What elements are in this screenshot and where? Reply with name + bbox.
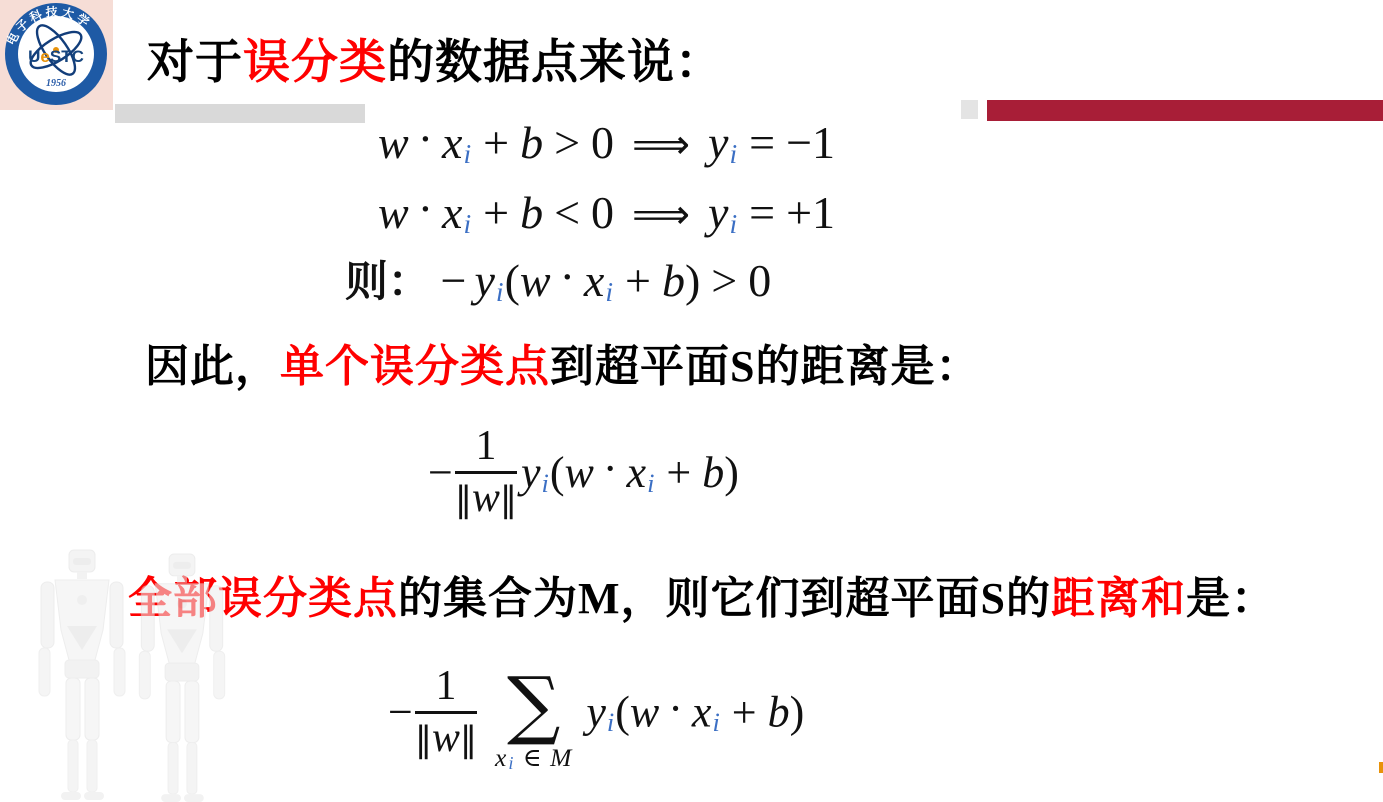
var-x: x [495,743,507,772]
right-paren: ) [685,255,700,306]
formula-then-product-positive: 则：−yi(w·xi+b)>0 [345,258,771,305]
subscript-i: i [463,138,471,169]
var-y: y [474,255,494,306]
norm-bar: ‖ [460,720,477,760]
statement-post: 到超平面S的距离是： [550,342,980,391]
var-x: x [627,448,647,497]
equals-sign: = [749,187,775,238]
var-y: y [708,187,728,238]
var-b: b [768,688,790,737]
left-paren: ( [615,688,630,737]
var-y: y [708,117,728,168]
plus-operator: + [732,688,757,737]
dot-operator: · [668,684,683,733]
greater-than: > [711,255,737,306]
plus-operator: + [666,448,691,497]
var-w: w [472,475,500,521]
statement-single-distance: 因此，单个误分类点到超平面S的距离是： [145,342,980,393]
set-M: M [550,743,572,772]
minus-sign: − [441,255,467,306]
plus-operator: + [483,117,509,168]
var-y: y [586,688,606,737]
element-of-symbol: ∈ [523,743,550,772]
norm-bar: ‖ [415,720,432,760]
equals-sign: = [749,117,775,168]
summation: ∑xi ∈ M [495,673,572,770]
dot-operator: · [560,251,575,302]
implies-arrow-icon: ⟹ [632,120,690,168]
statement-post: 是： [1186,574,1276,623]
robot-watermark-right [133,552,231,802]
fraction-one-over-norm-w: 1‖w‖ [415,666,477,760]
statement-highlight: 单个误分类点 [280,342,550,391]
gray-bar-fragment [961,100,978,119]
var-w: w [378,117,409,168]
norm-bar: ‖ [455,480,472,520]
title-post: 的数据点来说： [387,37,723,89]
plus-operator: + [483,187,509,238]
var-x: x [692,688,712,737]
subscript-i: i [496,276,504,307]
var-x: x [442,187,462,238]
logo-acronym-stc: STC [50,47,84,66]
num-zero: 0 [748,255,771,306]
var-w: w [378,187,409,238]
num-zero: 0 [591,187,614,238]
subscript-i: i [605,276,613,307]
dot-operator: · [418,183,433,234]
logo-acronym-e: e [40,47,49,66]
less-than: < [554,187,580,238]
num-plus-one: +1 [786,187,835,238]
sigma-icon: ∑ [507,673,560,737]
statement-mid: 的集合为M，则它们到超平面S的 [398,574,1051,623]
num-minus-one: −1 [786,117,835,168]
subscript-i: i [712,707,719,737]
title-pre: 对于 [147,37,243,89]
var-w: w [630,688,659,737]
uestc-logo: 电子科技大学 UeSTC 1956 [0,0,113,110]
fraction-numerator: 1 [435,666,456,711]
var-x: x [442,117,462,168]
left-paren: ( [505,255,520,306]
var-b: b [520,117,543,168]
summation-index: xi ∈ M [495,745,572,771]
minus-sign: − [428,448,453,497]
fraction-denominator: ‖w‖ [455,474,517,520]
right-paren: ) [724,448,739,497]
var-y: y [521,448,541,497]
formula-single-distance: −1‖w‖yi(w·xi+b) [428,430,739,524]
accent-red-bar [987,100,1383,121]
statement-pre: 因此， [145,342,280,391]
subscript-i: i [607,707,614,737]
var-x: x [584,255,604,306]
var-b: b [662,255,685,306]
dot-operator: · [603,444,618,493]
subscript-i: i [542,468,549,498]
fraction-denominator: ‖w‖ [415,714,477,760]
subscript-i: i [729,208,737,239]
statement-total-distance: 全部误分类点的集合为M，则它们到超平面S的距离和是： [128,574,1276,625]
title-underline-gray-bar [115,104,365,123]
minus-sign: − [388,688,413,737]
logo-acronym-u: U [28,47,40,66]
fraction-numerator: 1 [475,426,496,471]
logo-year: 1956 [46,78,66,89]
logo-acronym: UeSTC [28,47,84,66]
var-w: w [520,255,551,306]
right-paren: ) [790,688,805,737]
left-paren: ( [550,448,565,497]
var-w: w [565,448,594,497]
greater-than: > [554,117,580,168]
fraction-one-over-norm-w: 1‖w‖ [455,426,517,520]
num-zero: 0 [591,117,614,168]
subscript-i: i [729,138,737,169]
formula-total-distance: −1‖w‖∑xi ∈ Myi(w·xi+b) [388,668,804,765]
norm-bar: ‖ [500,480,517,520]
robot-watermark-left [33,548,131,800]
var-b: b [520,187,543,238]
edge-orange-tick [1379,762,1383,773]
subscript-i: i [647,468,654,498]
dot-operator: · [418,113,433,164]
implies-arrow-icon: ⟹ [632,190,690,238]
plus-operator: + [625,255,651,306]
subscript-i: i [463,208,471,239]
then-label: 则： [345,259,431,306]
formula-case-negative: w·xi+b>0⟹yi=−1 [378,120,835,166]
var-b: b [702,448,724,497]
slide-canvas: 电子科技大学 UeSTC 1956 对于误分类的数据点来说： w·xi+b>0⟹… [0,0,1383,802]
statement-highlight-2: 距离和 [1051,574,1186,623]
subscript-i: i [508,753,514,773]
slide-title: 对于误分类的数据点来说： [147,36,723,90]
var-w: w [432,715,460,761]
title-highlight: 误分类 [243,37,387,89]
formula-case-positive: w·xi+b<0⟹yi=+1 [378,190,835,236]
